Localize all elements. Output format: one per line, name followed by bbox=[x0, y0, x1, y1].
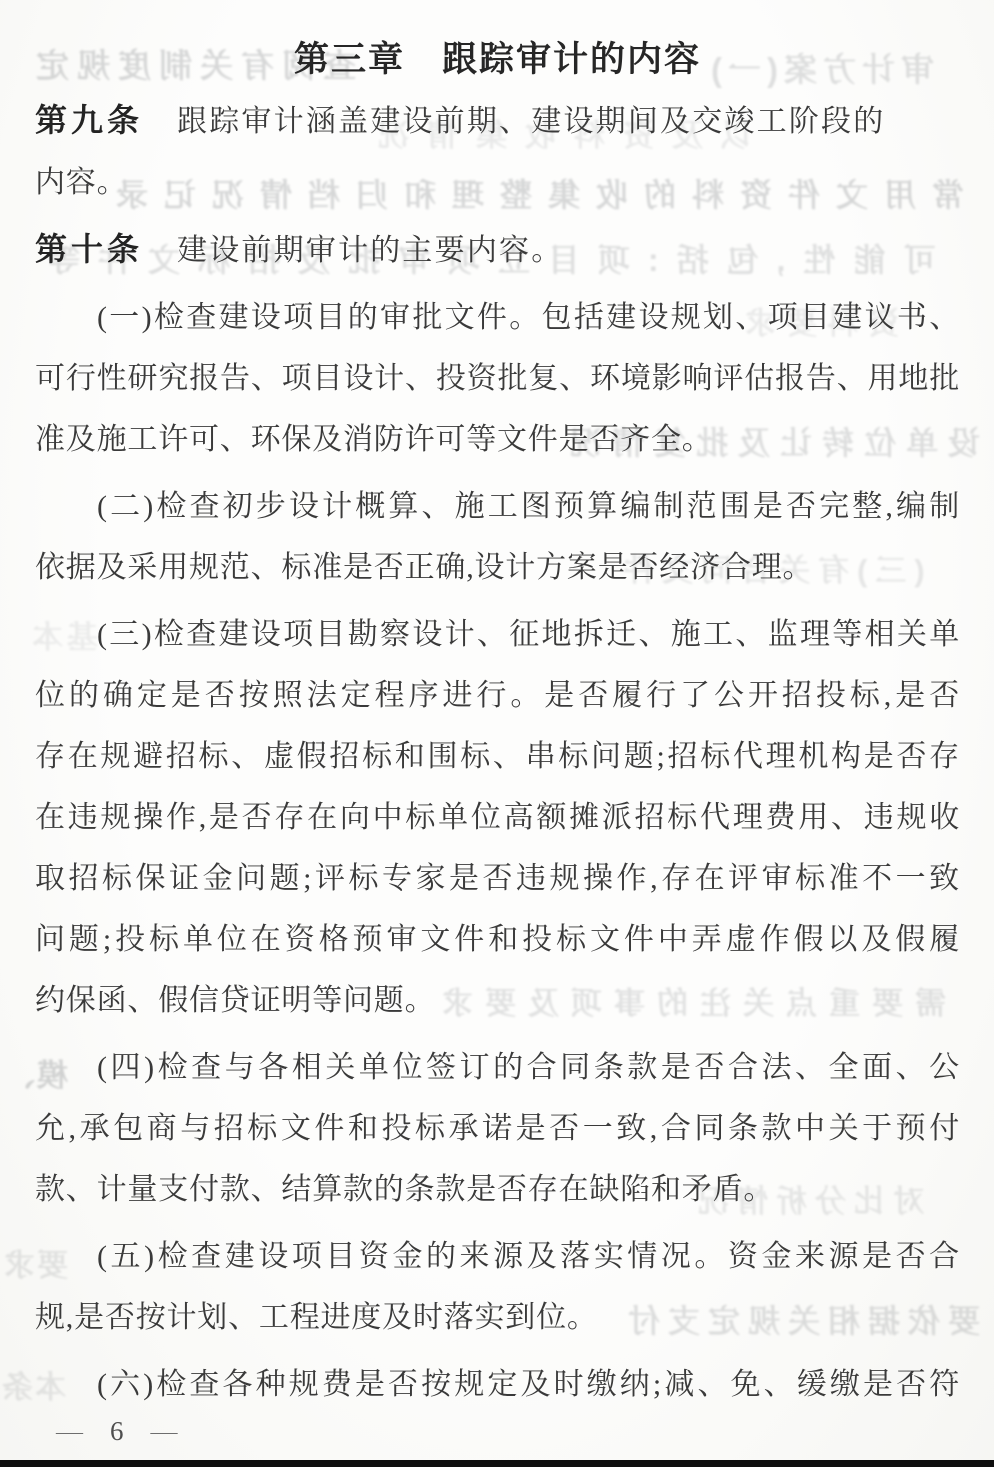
text-line: (五)检查建设项目资金的来源及落实情况。资金来源是否合 bbox=[35, 1226, 960, 1287]
text-line: 约保函、假信贷证明等问题。 bbox=[35, 970, 960, 1031]
text-line: (三)检查建设项目勘察设计、征地拆迁、施工、监理等相关单 bbox=[35, 604, 960, 665]
scanned-page: 查阅有关制度规定 审计方案(一) 以及资料收集情况 常用文件资料的收集整理和归档… bbox=[0, 0, 994, 1467]
text-line: (六)检查各种规费是否按规定及时缴纳;减、免、缓缴是否符 bbox=[35, 1354, 960, 1415]
text-line: 款、计量支付款、结算款的条款是否存在缺陷和矛盾。 bbox=[35, 1159, 960, 1220]
text-line: 位的确定是否按照法定程序进行。是否履行了公开招投标,是否 bbox=[35, 665, 960, 726]
footer-dash-right: — bbox=[151, 1419, 178, 1444]
text-line: (二)检查初步设计概算、施工图预算编制范围是否完整,编制 bbox=[35, 476, 960, 537]
text-line: 依据及采用规范、标准是否正确,设计方案是否经济合理。 bbox=[35, 537, 960, 598]
text-line: 第十条建设前期审计的主要内容。 bbox=[35, 219, 960, 281]
text-line: 第九条跟踪审计涵盖建设前期、建设期间及交竣工阶段的 bbox=[35, 90, 960, 152]
text-line: 规,是否按计划、工程进度及时落实到位。 bbox=[35, 1287, 960, 1348]
article-10-label: 第十条 bbox=[35, 231, 143, 267]
article-10-text: 建设前期审计的主要内容。 bbox=[177, 234, 563, 267]
text-line: 存在规避招标、虚假招标和围标、串标问题;招标代理机构是否存 bbox=[35, 726, 960, 787]
text-line: 允,承包商与招标文件和投标承诺是否一致,合同条款中关于预付 bbox=[35, 1098, 960, 1159]
scan-bottom-edge bbox=[0, 1460, 994, 1467]
page-number: 6 bbox=[110, 1416, 124, 1447]
article-9-text: 跟踪审计涵盖建设前期、建设期间及交竣工阶段的 bbox=[177, 105, 885, 138]
text-line: 可行性研究报告、项目设计、投资批复、环境影响评估报告、用地批 bbox=[35, 348, 960, 409]
text-line: 准及施工许可、环保及消防许可等文件是否齐全。 bbox=[35, 409, 960, 470]
text-line: (四)检查与各相关单位签订的合同条款是否合法、全面、公 bbox=[35, 1037, 960, 1098]
footer-dash-left: — bbox=[56, 1419, 83, 1444]
page-footer: — 6 — bbox=[56, 1416, 178, 1447]
text-line: (一)检查建设项目的审批文件。包括建设规划、项目建议书、 bbox=[35, 287, 960, 348]
text-line: 在违规操作,是否存在向中标单位高额摊派招标代理费用、违规收 bbox=[35, 787, 960, 848]
article-9-label: 第九条 bbox=[35, 102, 143, 138]
text-line: 问题;投标单位在资格预审文件和投标文件中弄虚作假以及假履 bbox=[35, 909, 960, 970]
text-line: 取招标保证金问题;评标专家是否违规操作,存在评审标准不一致 bbox=[35, 848, 960, 909]
chapter-heading: 第三章 跟踪审计的内容 bbox=[35, 29, 960, 90]
text-line: 内容。 bbox=[35, 152, 960, 213]
